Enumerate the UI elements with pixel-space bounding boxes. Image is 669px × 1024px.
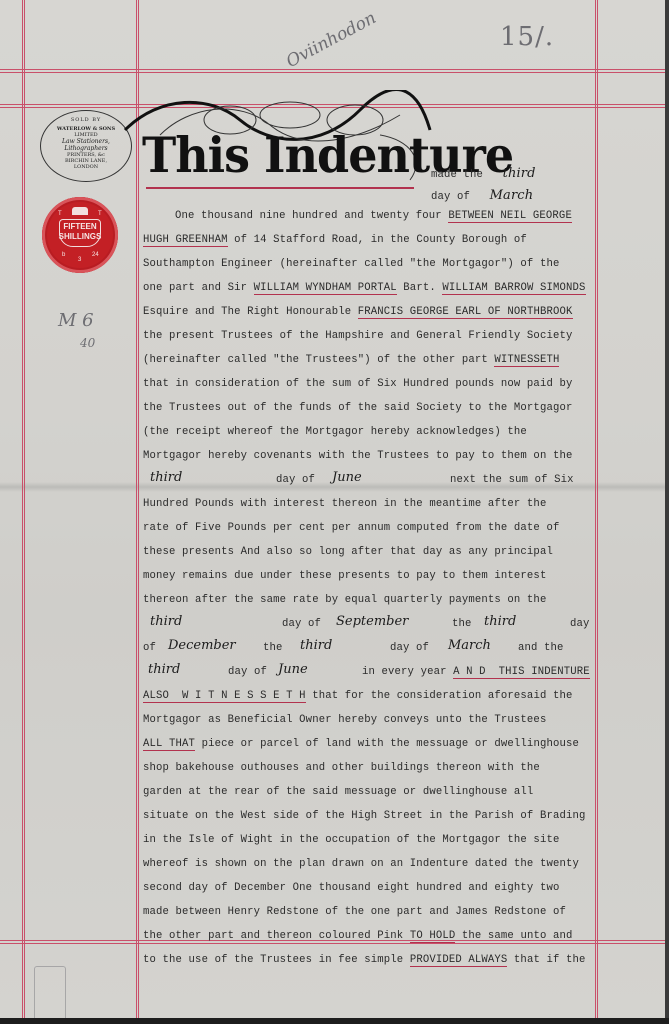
text: the same unto and — [455, 930, 572, 942]
seal-sold-by: SOLD BY — [41, 117, 131, 123]
handwritten-field: third — [484, 614, 516, 629]
made-the-label: made the — [431, 169, 483, 181]
body-text: day of — [390, 642, 429, 654]
handwritten-field: third — [150, 470, 182, 485]
body-line: situate on the West side of the High Str… — [143, 810, 586, 822]
body-text: the — [452, 618, 472, 630]
stamp-corner: T — [98, 211, 102, 217]
seal-trade: Law Stationers, Lithographers — [41, 138, 131, 152]
crown-icon — [72, 207, 88, 215]
handwritten-field: June — [278, 662, 308, 677]
body-text: and the — [518, 642, 564, 654]
margin-note-line1: M 6 — [58, 310, 94, 331]
handwritten-field: September — [336, 614, 408, 629]
handwritten-field: third — [150, 614, 182, 629]
day-of-label: day of — [431, 191, 470, 203]
day-of-line: day of March — [431, 188, 533, 203]
stamp-corner: T — [58, 211, 62, 217]
text: the other part and thereon coloured Pink — [143, 930, 410, 942]
body-line: Mortgagor hereby covenants with the Trus… — [143, 450, 572, 462]
body-line: One thousand nine hundred and twenty fou… — [175, 210, 572, 222]
title-underline — [146, 187, 414, 189]
body-text: next the sum of Six — [450, 474, 574, 486]
text: to the use of the Trustees in fee simple — [143, 954, 410, 966]
body-line: Esquire and The Right Honourable FRANCIS… — [143, 306, 573, 318]
handwritten-field: June — [332, 470, 362, 485]
body-text: day of — [228, 666, 267, 678]
body-text: day of — [282, 618, 321, 630]
body-line: second day of December One thousand eigh… — [143, 882, 559, 894]
text: Bart. — [397, 282, 443, 294]
body-line: that in consideration of the sum of Six … — [143, 378, 572, 390]
body-line: whereof is shown on the plan drawn on an… — [143, 858, 579, 870]
body-line: garden at the rear of the said messuage … — [143, 786, 533, 798]
body-text: day — [570, 618, 590, 630]
pencil-number: 15/. — [500, 22, 554, 52]
stamp-corner: b — [62, 252, 65, 258]
margin-note-line2: 40 — [80, 336, 95, 350]
ruling-right-margin — [595, 0, 598, 1018]
text: (hereinafter called "the Trustees") of t… — [143, 354, 494, 366]
body-text: the — [263, 642, 283, 654]
pencil-annotation-top: Oviinhodon — [283, 8, 379, 72]
text: of 14 Stafford Road, in the County Borou… — [228, 234, 527, 246]
provided-always-underlined: PROVIDED ALWAYS — [410, 954, 508, 967]
text: Esquire and The Right Honourable — [143, 306, 358, 318]
ruling-top-1 — [0, 69, 665, 73]
trustee-name-underlined: WILLIAM WYNDHAM PORTAL — [254, 282, 397, 295]
body-line: the other part and thereon coloured Pink… — [143, 930, 573, 942]
ruling-left-margin — [22, 0, 25, 1018]
stamp-value-line2: SHILLINGS — [42, 232, 118, 241]
pencil-margin-note: M 6 40 — [58, 310, 95, 352]
all-that-underlined: ALL THAT — [143, 738, 195, 751]
body-line: to the use of the Trustees in fee simple… — [143, 954, 586, 966]
handwritten-field: third — [300, 638, 332, 653]
body-line: shop bakehouse outhouses and other build… — [143, 762, 540, 774]
body-line: one part and Sir WILLIAM WYNDHAM PORTAL … — [143, 282, 586, 294]
seal-city: LONDON — [41, 164, 131, 170]
handwritten-field: December — [168, 638, 236, 653]
body-text: in every year A N D THIS INDENTURE — [362, 666, 590, 678]
made-the-line: made the third — [431, 166, 536, 181]
body-line: thereon after the same rate by equal qua… — [143, 594, 546, 606]
text: one part and Sir — [143, 282, 254, 294]
stamp-value-line1: FIFTEEN — [42, 222, 118, 231]
text: in every year — [362, 666, 453, 678]
text: One thousand nine hundred and twenty fou… — [175, 210, 448, 222]
also-witnesseth-underlined: ALSO W I T N E S S E T H — [143, 690, 306, 703]
body-text: of — [143, 642, 156, 654]
witnesseth-underlined: WITNESSETH — [494, 354, 559, 367]
deed-page: Oviinhodon 15/. M 6 40 SOLD BY WATERLOW … — [0, 0, 665, 1018]
stationer-seal: SOLD BY WATERLOW & SONS LIMITED Law Stat… — [40, 110, 132, 182]
text: piece or parcel of land with the messuag… — [195, 738, 579, 750]
text: that for the consideration aforesaid the — [306, 690, 573, 702]
body-line: in the Isle of Wight in the occupation o… — [143, 834, 559, 846]
revenue-stamp: FIFTEEN SHILLINGS T T b 3 24 — [42, 197, 118, 273]
body-line: money remains due under these presents t… — [143, 570, 546, 582]
body-text: day of — [276, 474, 315, 486]
body-line: Mortgagor as Beneficial Owner hereby con… — [143, 714, 546, 726]
body-line: HUGH GREENHAM of 14 Stafford Road, in th… — [143, 234, 527, 246]
body-line: Southampton Engineer (hereinafter called… — [143, 258, 559, 270]
stamp-corner: 3 — [78, 257, 81, 263]
trustee-name-underlined: FRANCIS GEORGE EARL OF NORTHBROOK — [358, 306, 573, 319]
stamp-corner: 24 — [92, 252, 99, 258]
handwritten-field: March — [448, 638, 491, 653]
body-line: the present Trustees of the Hampshire an… — [143, 330, 572, 342]
body-line: the Trustees out of the funds of the sai… — [143, 402, 572, 414]
scan-edge-bottom — [0, 1018, 669, 1024]
body-line: ALSO W I T N E S S E T H that for the co… — [143, 690, 573, 702]
handwritten-month: March — [490, 188, 534, 203]
body-line: (the receipt whereof the Mortgagor hereb… — [143, 426, 527, 438]
and-this-indenture-underlined: A N D THIS INDENTURE — [453, 666, 590, 679]
body-line: Hundred Pounds with interest thereon in … — [143, 498, 546, 510]
body-line: rate of Five Pounds per cent per annum c… — [143, 522, 559, 534]
pencil-box-mark — [34, 966, 66, 1019]
to-hold-underlined: TO HOLD — [410, 930, 456, 943]
body-line: (hereinafter called "the Trustees") of t… — [143, 354, 559, 366]
handwritten-field: third — [148, 662, 180, 677]
body-line: these presents And also so long after th… — [143, 546, 553, 558]
text: that if the — [507, 954, 585, 966]
handwritten-day: third — [503, 166, 536, 181]
trustee-name-underlined: WILLIAM BARROW SIMONDS — [442, 282, 585, 295]
body-line: made between Henry Redstone of the one p… — [143, 906, 566, 918]
party-name-underlined: HUGH GREENHAM — [143, 234, 228, 247]
party-name-underlined: BETWEEN NEIL GEORGE — [448, 210, 572, 223]
scan-edge-right — [665, 0, 669, 1024]
body-line: ALL THAT piece or parcel of land with th… — [143, 738, 579, 750]
